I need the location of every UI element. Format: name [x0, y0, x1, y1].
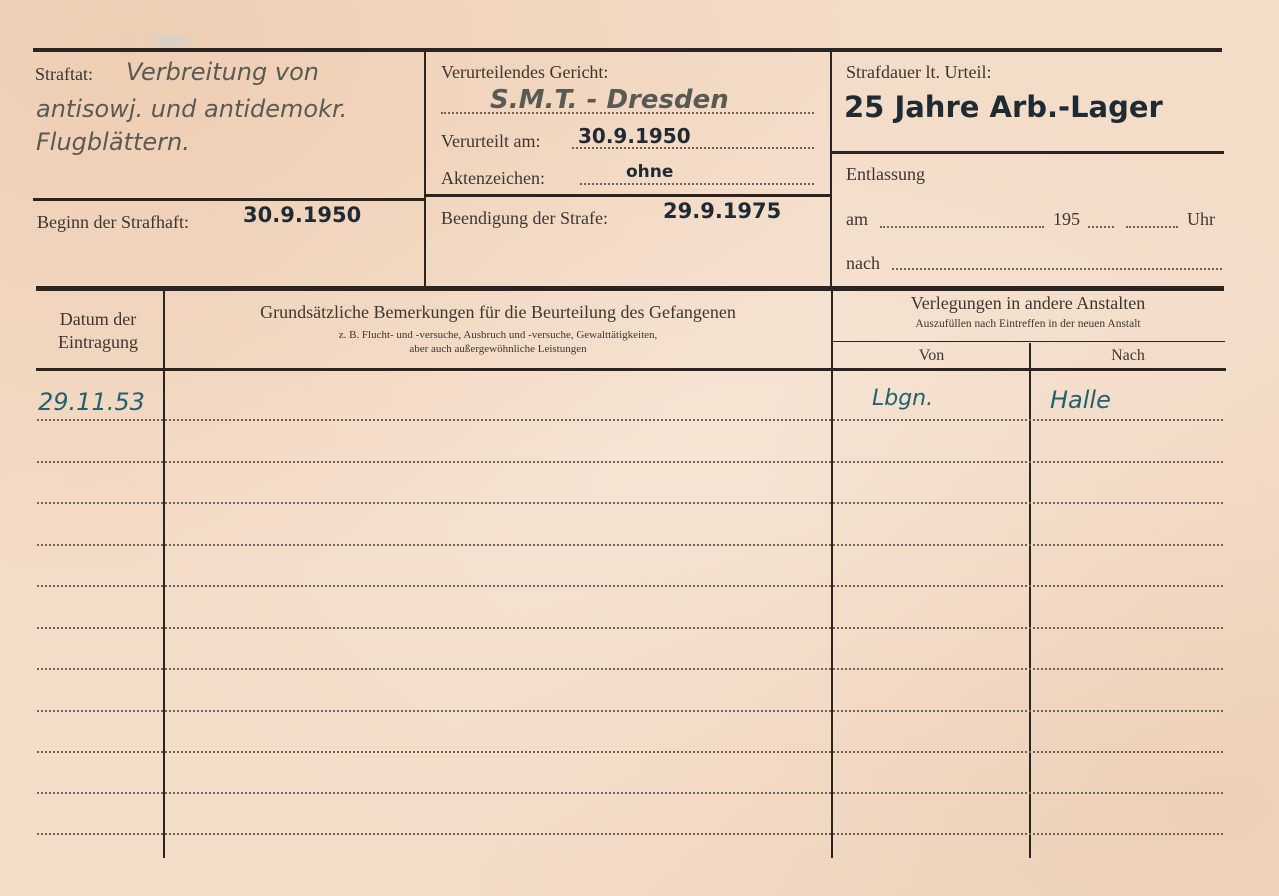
row-line-9: [37, 751, 1223, 753]
offense-value-line1: Verbreitung von: [126, 58, 319, 86]
custody-start-value: 30.9.1950: [243, 203, 361, 227]
sentence-end-label: Beendigung der Strafe:: [441, 208, 608, 229]
transfers-header: Verlegungen in andere Anstalten: [832, 293, 1224, 314]
duration-label: Strafdauer lt. Urteil:: [846, 62, 991, 83]
court-bottom-line: [425, 194, 830, 197]
row-date: 29.11.53: [38, 388, 145, 416]
row-to: Halle: [1050, 386, 1111, 414]
to-header: Nach: [1031, 347, 1225, 365]
file-number-value: ohne: [626, 162, 673, 182]
table-top-border: [36, 286, 1224, 291]
transfers-sub: Auszufüllen nach Eintreffen in der neuen…: [832, 318, 1224, 330]
release-label: Entlassung: [846, 164, 925, 185]
release-am-label: am: [846, 209, 868, 230]
row-line-3: [37, 502, 1223, 504]
row-line-7: [37, 668, 1223, 670]
remarks-transfers-divider: [831, 290, 833, 858]
sentenced-on-label: Verurteilt am:: [441, 131, 540, 152]
offense-value-line3: Flugblättern.: [36, 128, 190, 156]
from-header: Von: [832, 347, 1031, 365]
offense-bottom-line: [33, 198, 425, 201]
court-label: Verurteilendes Gericht:: [441, 62, 608, 83]
date-header-line2: Eintragung: [38, 332, 158, 353]
row-line-11: [37, 833, 1223, 835]
row-line-1: [37, 419, 1223, 421]
duration-bottom-line: [831, 151, 1224, 154]
offense-label: Straftat:: [35, 64, 93, 85]
release-date-line: [880, 226, 1044, 228]
release-after-line: [892, 268, 1222, 270]
date-header-line1: Datum der: [38, 309, 158, 330]
file-number-label: Aktenzeichen:: [441, 168, 545, 189]
file-number-line: [580, 183, 814, 185]
row-line-5: [37, 585, 1223, 587]
remarks-sub-line1: z. B. Flucht- und -versuche, Ausbruch un…: [165, 329, 831, 341]
row-line-2: [37, 461, 1223, 463]
release-time-line: [1126, 226, 1178, 228]
remarks-sub-line2: aber auch außergewöhnliche Leistungen: [165, 343, 831, 355]
offense-value-line2: antisowj. und antidemokr.: [36, 95, 347, 123]
release-year-prefix: 195: [1053, 209, 1080, 230]
release-year-line: [1088, 226, 1114, 228]
court-value: S.M.T. - Dresden: [490, 85, 729, 115]
duration-value: 25 Jahre Arb.-Lager: [844, 90, 1163, 124]
divider-court-duration: [830, 52, 832, 286]
sentence-end-value: 29.9.1975: [663, 199, 781, 223]
row-line-4: [37, 544, 1223, 546]
top-border: [33, 48, 1222, 52]
sentenced-on-line: [572, 147, 814, 149]
row-from: Lbgn.: [872, 386, 933, 411]
release-after-label: nach: [846, 253, 880, 274]
remarks-header: Grundsätzliche Bemerkungen für die Beurt…: [165, 302, 831, 323]
table-header-bottom: [36, 368, 1226, 371]
custody-start-label: Beginn der Strafhaft:: [37, 212, 189, 233]
row-line-8: [37, 710, 1223, 712]
transfers-header-line: [833, 341, 1225, 342]
row-line-6: [37, 627, 1223, 629]
sentenced-on-value: 30.9.1950: [578, 124, 691, 148]
date-remarks-divider: [163, 290, 165, 858]
court-value-line: [441, 112, 814, 114]
row-line-10: [37, 792, 1223, 794]
release-time-label: Uhr: [1187, 209, 1215, 230]
divider-offense-court: [424, 52, 426, 286]
